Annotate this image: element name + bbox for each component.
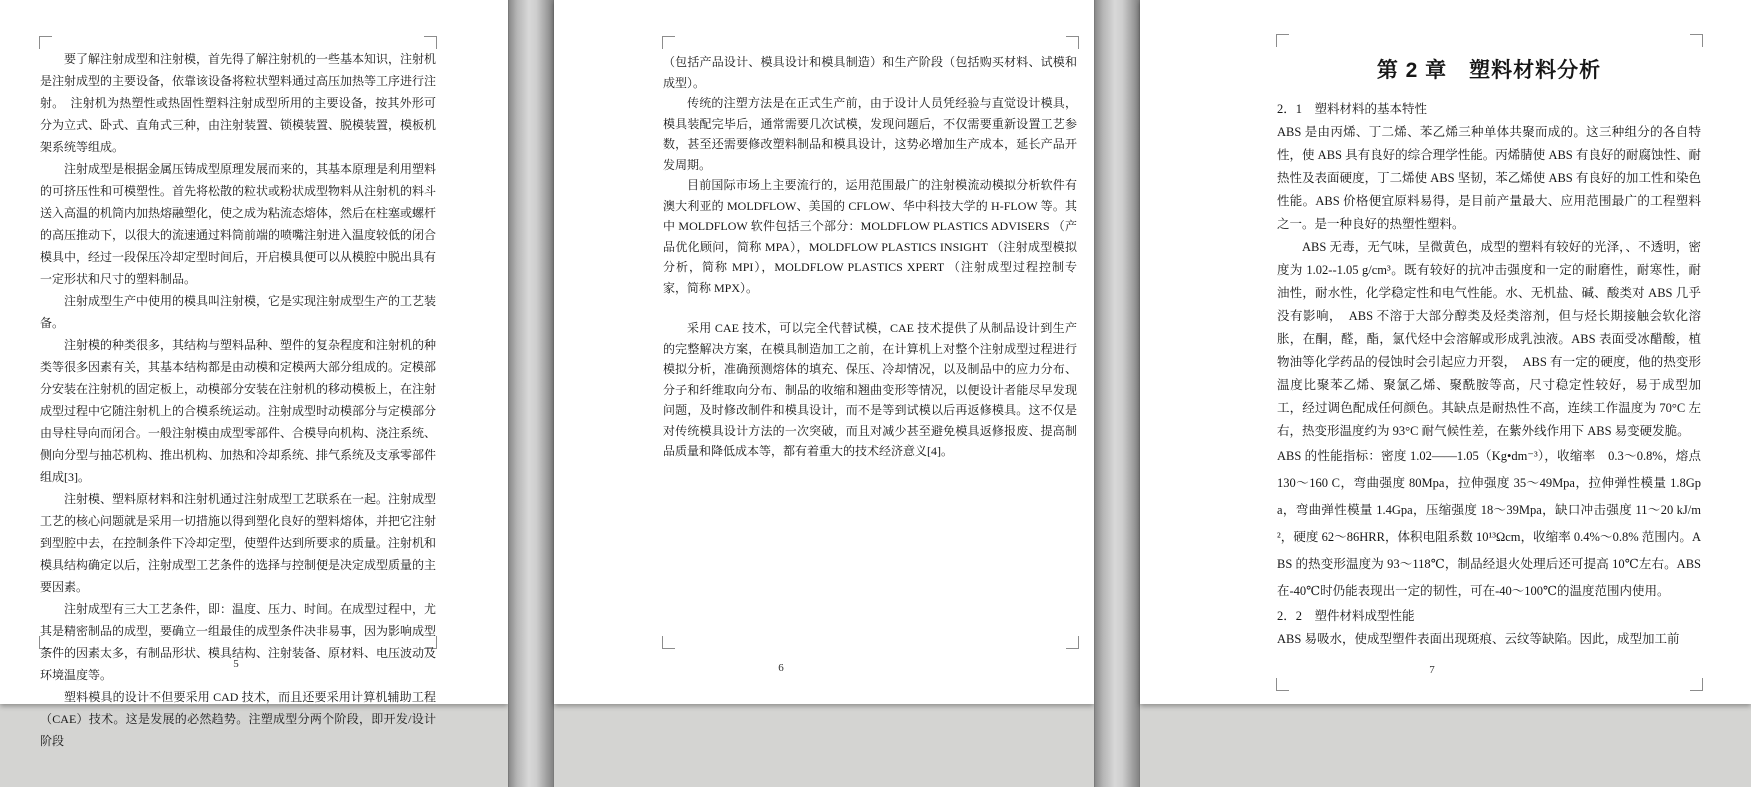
paragraph: ABS 的性能指标：密度 1.02——1.05（Kg•dm⁻³），收缩率 0.3… [1277, 443, 1701, 605]
page-number-5: 5 [233, 658, 239, 670]
paragraph: 采用 CAE 技术，可以完全代替试模，CAE 技术提供了从制品设计到生产的完整解… [663, 318, 1077, 462]
paragraph: 目前国际市场上主要流行的，运用范围最广的注射模流动模拟分析软件有澳大利亚的 MO… [663, 175, 1077, 298]
text-boundary-mark [1066, 36, 1079, 49]
document-page-6: （包括产品设计、模具设计和模具制造）和生产阶段（包括购买材料、试模和成型）。传统… [554, 0, 1094, 704]
paragraph: 注射模、塑料原材料和注射机通过注射成型工艺联系在一起。注射成型工艺的核心问题就是… [40, 488, 436, 598]
document-page-7: 第 2 章 塑料材料分析 2．1 塑料材料的基本特性ABS 是由丙烯、丁二烯、苯… [1140, 0, 1751, 704]
page-gap-scrollbar-1[interactable] [508, 0, 554, 787]
paragraph: ABS 无毒，无气味，呈微黄色，成型的塑料有较好的光泽，、不透明，密度为 1.0… [1277, 236, 1701, 443]
text-boundary-mark [1276, 678, 1289, 691]
paragraph: ABS 易吸水，使成型塑件表面出现斑痕、云纹等缺陷。因此，成型加工前 [1277, 628, 1701, 651]
text-boundary-mark [1276, 34, 1289, 47]
chapter-title: 第 2 章 塑料材料分析 [1277, 54, 1701, 84]
page-number-6: 6 [778, 662, 784, 674]
page-5-body-text[interactable]: 要了解注射成型和注射模，首先得了解注射机的一些基本知识，注射机是注射成型的主要设… [40, 48, 436, 752]
paragraph: ABS 是由丙烯、丁二烯、苯乙烯三种单体共聚而成的。这三种组分的各自特性，使 A… [1277, 121, 1701, 236]
page-6-body-text[interactable]: （包括产品设计、模具设计和模具制造）和生产阶段（包括购买材料、试模和成型）。传统… [663, 52, 1077, 462]
text-boundary-mark [662, 636, 675, 649]
paragraph: 注射成型有三大工艺条件，即：温度、压力、时间。在成型过程中，尤其是精密制品的成型… [40, 598, 436, 686]
text-boundary-mark [1066, 636, 1079, 649]
page-gap-scrollbar-2[interactable] [1094, 0, 1140, 787]
text-boundary-mark [1690, 34, 1703, 47]
document-page-5: 要了解注射成型和注射模，首先得了解注射机的一些基本知识，注射机是注射成型的主要设… [0, 0, 508, 704]
text-boundary-mark [662, 36, 675, 49]
paragraph: 注射成型是根据金属压铸成型原理发展而来的，其基本原理是利用塑料的可挤压性和可模塑… [40, 158, 436, 290]
paragraph: 塑料模具的设计不但要采用 CAD 技术，而且还要采用计算机辅助工程（CAE）技术… [40, 686, 436, 752]
paragraph: 要了解注射成型和注射模，首先得了解注射机的一些基本知识，注射机是注射成型的主要设… [40, 48, 436, 158]
paragraph: 注射成型生产中使用的模具叫注射模，它是实现注射成型生产的工艺装备。 [40, 290, 436, 334]
paragraph: 注射模的种类很多，其结构与塑料品种、塑件的复杂程度和注射机的种类等很多因素有关，… [40, 334, 436, 488]
page-number-7: 7 [1429, 664, 1435, 676]
paragraph: （包括产品设计、模具设计和模具制造）和生产阶段（包括购买材料、试模和成型）。 [663, 52, 1077, 93]
text-boundary-mark [1690, 678, 1703, 691]
paragraph: 2．1 塑料材料的基本特性 [1277, 98, 1701, 121]
paragraph: 传统的注塑方法是在正式生产前，由于设计人员凭经验与直觉设计模具，模具装配完毕后，… [663, 93, 1077, 175]
page-7-body-text[interactable]: 2．1 塑料材料的基本特性ABS 是由丙烯、丁二烯、苯乙烯三种单体共聚而成的。这… [1277, 98, 1701, 651]
paragraph: 2．2 塑件材料成型性能 [1277, 605, 1701, 628]
